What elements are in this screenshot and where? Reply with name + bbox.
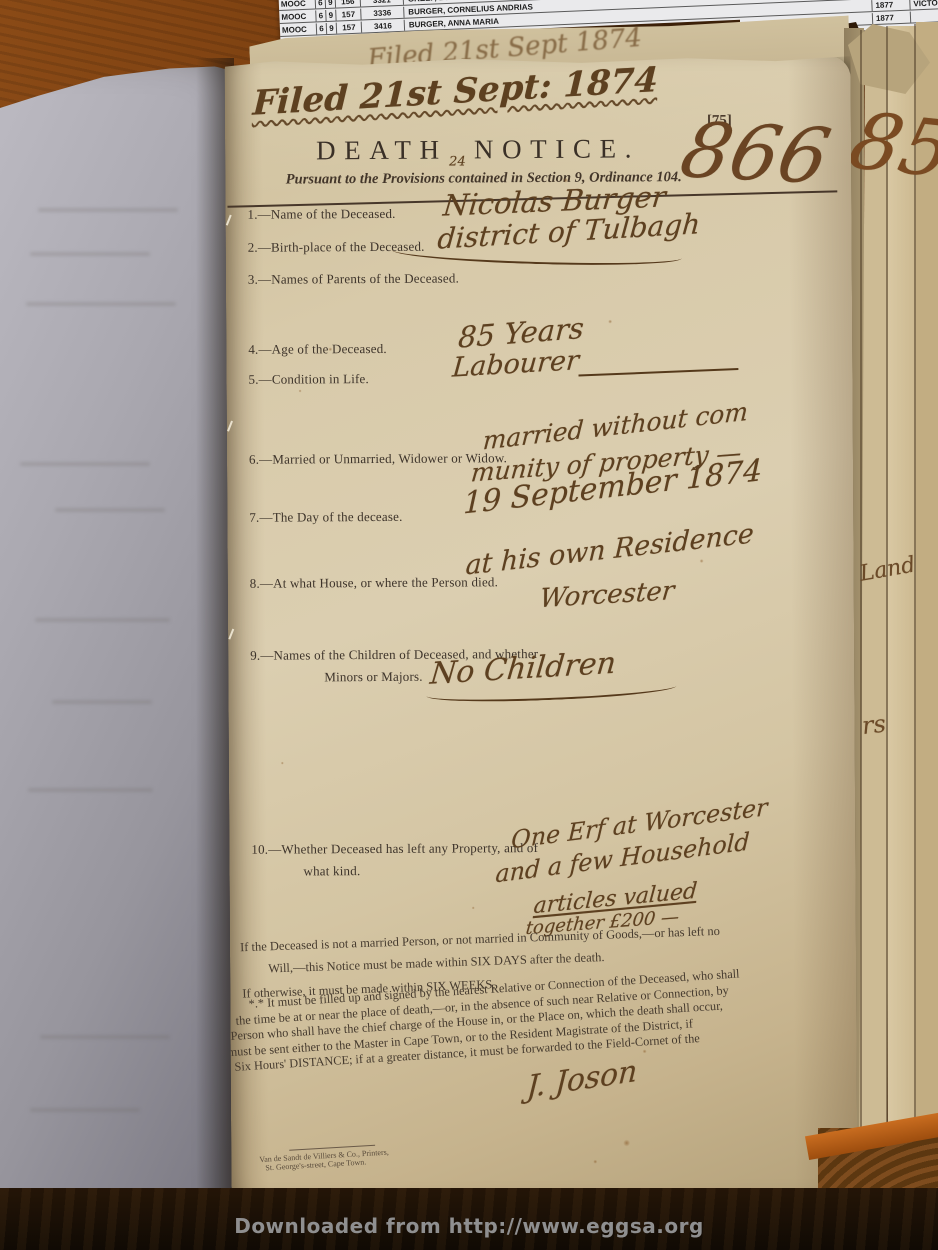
field-10-label-line1: 10.—Whether Deceased has left any Proper…	[251, 840, 538, 858]
foxing-spot	[593, 1160, 597, 1164]
ghost-text-line	[20, 462, 150, 466]
index-vol: 9	[326, 0, 336, 8]
ghost-text-line	[52, 700, 152, 704]
note-paragraph3: *.* It must be filled up and signed by t…	[232, 962, 816, 1075]
page-crease	[886, 26, 888, 1184]
index-number: 3416	[362, 20, 405, 33]
field-5-label: 5.—Condition in Life.	[248, 371, 369, 388]
filed-inscription: Filed 21st Sept: 1874	[252, 60, 659, 124]
index-extra: VICTOR	[910, 0, 938, 10]
index-series: MOOC	[279, 0, 316, 10]
ghost-text-line	[28, 788, 153, 792]
foxing-spot	[328, 347, 332, 351]
index-vol: 6	[316, 0, 326, 8]
field-8-label: 8.—At what House, or where the Person di…	[250, 574, 498, 592]
field-1-label: 1.—Name of the Deceased.	[247, 206, 395, 223]
ghost-text-line	[40, 1035, 170, 1039]
stack-word-fragment: rs	[861, 710, 888, 740]
photo-canvas: MOOC691553159 MOOC691563321GREEF, LOUISA…	[0, 0, 938, 1250]
foxing-spot	[299, 389, 302, 392]
foxing-spot	[563, 178, 568, 183]
page-crease	[914, 24, 916, 1184]
page-title: DEATH NOTICE.	[243, 133, 713, 167]
index-vol: 6	[317, 23, 327, 34]
foxing-spot	[608, 320, 612, 324]
field-4-label: 4.—Age of the Deceased.	[248, 341, 387, 358]
foxing-spot	[623, 1139, 630, 1146]
index-series: MOOC	[279, 10, 316, 23]
field-9-label-line2: Minors or Majors.	[324, 669, 422, 686]
index-number: 3336	[361, 7, 404, 20]
index-vol: 156	[336, 0, 361, 8]
page-stack-band	[916, 22, 938, 1188]
ghost-text-line	[38, 208, 178, 212]
binding-stitch	[228, 629, 240, 643]
foxing-spot	[472, 906, 475, 909]
index-vol: 157	[336, 9, 361, 21]
ghost-text-line	[30, 1108, 140, 1112]
signature: J. Joson	[526, 1054, 639, 1106]
binding-stitch	[226, 215, 238, 229]
index-series: MOOC	[280, 23, 317, 36]
field-3-label: 3.—Names of Parents of the Deceased.	[248, 270, 459, 287]
ghost-text-line	[30, 252, 150, 256]
field-3-dash-flourish	[391, 240, 681, 268]
field-10-label-line2: what kind.	[303, 863, 360, 879]
index-vol: 157	[337, 22, 362, 34]
ghost-text-line	[35, 618, 170, 622]
ghost-text-line	[26, 302, 176, 306]
watermark-text: Downloaded from http://www.eggsa.org	[0, 1214, 938, 1238]
index-year: 1877	[871, 0, 910, 11]
binding-stitch	[227, 421, 239, 435]
index-vol: 6	[316, 10, 326, 21]
field-5-answer: Labourer	[451, 345, 580, 384]
field-8-answer-line2: Worcester	[538, 576, 675, 614]
foxing-spot	[643, 1049, 647, 1053]
field-7-label: 7.—The Day of the decease.	[249, 509, 402, 526]
page-crease	[860, 30, 862, 1180]
ghost-text-line	[55, 508, 165, 512]
field-6-label: 6.—Married or Unmarried, Widower or Wido…	[249, 450, 507, 468]
index-year: 1877	[872, 12, 911, 25]
foxing-spot	[700, 559, 704, 563]
field-8-answer-line1: at his own Residence	[465, 518, 755, 581]
index-vol: 9	[326, 10, 336, 21]
foxing-spot	[281, 762, 284, 765]
section-annotation: 24	[449, 154, 466, 169]
field-5-rule	[578, 368, 738, 377]
death-notice-page: Filed 21st Sept: 1874 [75] 866 DEATH NOT…	[225, 56, 858, 1197]
index-vol: 9	[327, 23, 337, 34]
